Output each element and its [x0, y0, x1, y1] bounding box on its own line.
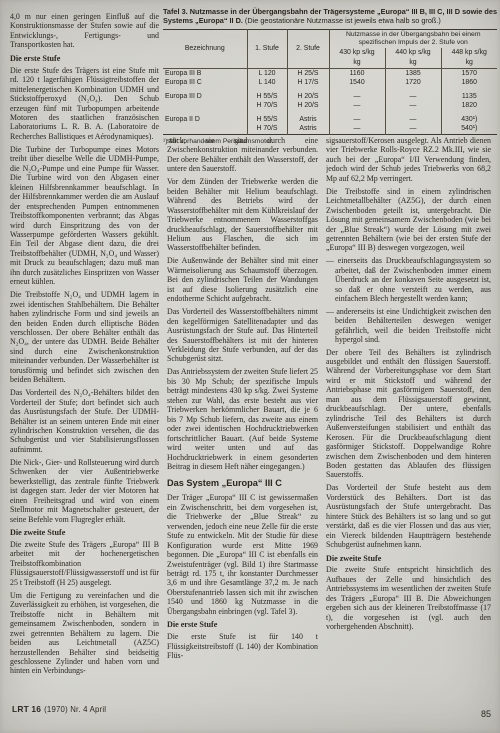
cell-nutzmasse-448: 540¹) [441, 124, 497, 134]
col-header-stufe2: 2. Stufe [287, 29, 329, 69]
cell-nutzmasse-430: 1540 [329, 79, 385, 88]
cell-stufe2: H 17/S [287, 79, 329, 88]
paragraph: Der obere Teil des Behälters ist zylindr… [326, 348, 491, 480]
paragraph: Um die Fertigung zu vereinfachen und die… [10, 591, 159, 676]
table-row: Europa III DH 55/SH 20/S——1135 [163, 88, 497, 101]
col-header-impulse-440: 440 kp s/kg [385, 48, 441, 58]
table-row: Europa III BL 120H 25/S116013851570 [163, 69, 497, 79]
col-header-impulse-448: 448 kp s/kg [441, 48, 497, 58]
col-header-unit: kg [441, 58, 497, 69]
cell-nutzmasse-430: — [329, 102, 385, 111]
table-header: Bezeichnung 1. Stufe 2. Stufe Nutzmasse … [163, 29, 497, 69]
paragraph: Das Vorderteil des Wasserstoffbehälters … [167, 307, 318, 364]
paragraph: 4,0 m nur einen geringen Einfluß auf die… [10, 12, 159, 50]
text-column-middle: stück; sie sind durch eine Zwischenkonst… [167, 136, 318, 696]
paragraph: Der Träger „Europa“ III C ist gewisserma… [167, 493, 318, 616]
cell-nutzmasse-448: 430¹) [441, 111, 497, 124]
cell-bezeichnung [163, 102, 247, 111]
cell-nutzmasse-440: — [385, 124, 441, 134]
cell-stufe1: H 55/S [247, 111, 287, 124]
subheading: Die zweite Stufe [10, 528, 159, 537]
table-row: H 70/SAstris——540¹) [163, 124, 497, 134]
cell-bezeichnung: Europa III D [163, 88, 247, 101]
cell-nutzmasse-430: — [329, 124, 385, 134]
table-row: Europa III CL 140H 17/S154017201860 [163, 79, 497, 88]
cell-stufe1: L 120 [247, 69, 287, 79]
page-number: 85 [481, 709, 491, 719]
paragraph: Das Antriebssystem der zweiten Stufe lie… [167, 367, 318, 471]
table-row: H 70/SH 20/S——1820 [163, 102, 497, 111]
cell-nutzmasse-440: 1720 [385, 79, 441, 88]
cell-nutzmasse-430: 1160 [329, 69, 385, 79]
col-header-bezeichnung: Bezeichnung [163, 29, 247, 69]
paragraph: Die erste Stufe ist für 140 t Flüssigkei… [167, 632, 318, 660]
table-row: Europa II DH 55/SAstris——430¹) [163, 111, 497, 124]
paragraph: Die Treibstoffe sind in einem zylindrisc… [326, 187, 491, 253]
paragraph: Die Treibstoffe N₂O₄ und UDMH lagern in … [10, 290, 159, 385]
cell-stufe2: H 20/S [287, 88, 329, 101]
scanned-journal-page: Tafel 3. Nutzmasse in der Übergangsbahn … [0, 0, 500, 733]
cell-stufe1: H 70/S [247, 102, 287, 111]
paragraph: stück; sie sind durch eine Zwischenkonst… [167, 136, 318, 174]
paragraph: sigsauerstoff/Kerosen ausgelegt. Als Ant… [326, 136, 491, 183]
table-caption-note: (Die geostationäre Nutzmasse ist jeweils… [245, 16, 441, 25]
cell-stufe2: Astris [287, 124, 329, 134]
subheading: Die erste Stufe [167, 620, 318, 629]
subheading: Die zweite Stufe [326, 554, 491, 563]
col-header-impulse-430: 430 kp s/kg [329, 48, 385, 58]
cell-bezeichnung: Europa II D [163, 111, 247, 124]
cell-nutzmasse-440: — [385, 88, 441, 101]
paragraph: Die zweite Stufe des Trägers „Europa“ II… [10, 540, 159, 587]
text-column-right: sigsauerstoff/Kerosen ausgelegt. Als Ant… [326, 136, 491, 696]
journal-issue: (1970) Nr. 4 April [44, 705, 106, 714]
col-header-unit: kg [329, 58, 385, 69]
cell-nutzmasse-430: — [329, 111, 385, 124]
cell-nutzmasse-440: 1385 [385, 69, 441, 79]
subheading: Die erste Stufe [10, 54, 159, 63]
cell-bezeichnung: Europa III B [163, 69, 247, 79]
cell-stufe2: Astris [287, 111, 329, 124]
paragraph: Die zweite Stufe entspricht hinsichtlich… [326, 565, 491, 631]
section-heading: Das System „Europa“ III C [167, 478, 318, 489]
cell-bezeichnung [163, 124, 247, 134]
journal-title: LRT 16 [12, 704, 41, 714]
cell-nutzmasse-448: 1820 [441, 102, 497, 111]
paragraph: Das Vorderteil der Stufe besteht aus dem… [326, 483, 491, 549]
cell-nutzmasse-440: — [385, 102, 441, 111]
col-header-stufe1: 1. Stufe [247, 29, 287, 69]
text-column-left: 4,0 m nur einen geringen Einfluß auf die… [10, 12, 159, 694]
cell-nutzmasse-448: 1570 [441, 69, 497, 79]
tafel-3-region: Tafel 3. Nutzmasse in der Übergangsbahn … [163, 8, 497, 145]
list-item: — einerseits das Druckbeaufschlagungssys… [326, 256, 491, 303]
cell-nutzmasse-448: 1860 [441, 79, 497, 88]
paragraph: Die Außenwände der Behälter sind mit ein… [167, 256, 318, 303]
paragraph: Das Vorderteil des N₂O₄-Behälters bildet… [10, 388, 159, 454]
table-body: Europa III BL 120H 25/S116013851570Europ… [163, 69, 497, 134]
cell-nutzmasse-430: — [329, 88, 385, 101]
cell-nutzmasse-448: 1135 [441, 88, 497, 101]
cell-stufe1: L 140 [247, 79, 287, 88]
col-header-unit: kg [385, 58, 441, 69]
cell-stufe1: H 70/S [247, 124, 287, 134]
cell-bezeichnung: Europa III C [163, 79, 247, 88]
paragraph: Die erste Stufe des Trägers ist eine Stu… [10, 66, 159, 142]
cell-nutzmasse-440: — [385, 111, 441, 124]
table-caption: Tafel 3. Nutzmasse in der Übergangsbahn … [163, 8, 497, 26]
cell-stufe1: H 55/S [247, 88, 287, 101]
journal-footer: LRT 16(1970) Nr. 4 April [12, 704, 106, 714]
tafel-3-table: Bezeichnung 1. Stufe 2. Stufe Nutzmasse … [163, 29, 497, 135]
cell-stufe2: H 25/S [287, 69, 329, 79]
list-item: — andererseits ist eine Undichtigkeit zw… [326, 307, 491, 345]
paragraph: Vor dem Zünden der Triebwerke werden die… [167, 177, 318, 253]
paragraph: Die Turbine der Turbopumpe eines Motors … [10, 145, 159, 287]
cell-stufe2: H 20/S [287, 102, 329, 111]
paragraph: Die Nick-, Gier- und Rollsteuerung wird … [10, 458, 159, 524]
col-header-span: Nutzmasse in der Übergangsbahn bei einem… [329, 29, 497, 48]
